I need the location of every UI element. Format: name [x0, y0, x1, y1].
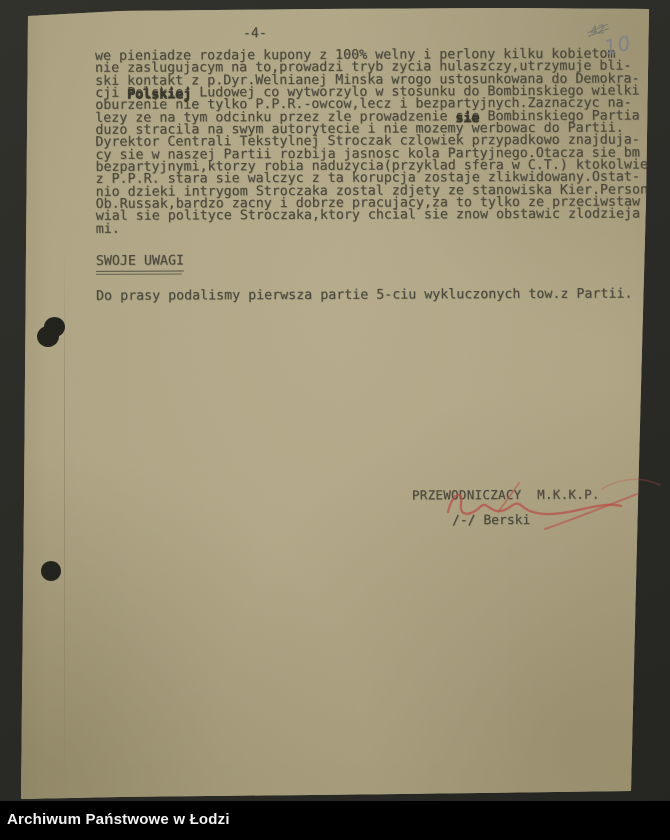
- archival-scan-page: { "scan": { "page_number_typed": "-4-", …: [0, 0, 670, 840]
- signature-typed-name: /-/ Berski: [452, 513, 530, 528]
- signature-title: PRZEWODNICZACY M.K.K.P.: [412, 487, 600, 503]
- overstruck-word: Polskiej: [127, 87, 191, 102]
- section-heading: SWOJE UWAGI: [96, 253, 184, 271]
- note-line: Do prasy podalismy pierwsza partie 5-ciu…: [96, 287, 632, 304]
- typed-line: wial sie polityce Stroczaka,ktory chcial…: [96, 209, 661, 224]
- archive-watermark: Archiwum Państwowe w Łodzi: [7, 811, 230, 828]
- watermark-bar: Archiwum Państwowe w Łodzi: [0, 801, 670, 840]
- typed-page-number: -4-: [243, 26, 267, 41]
- main-paragraph: we pieniadze rozdaje kupony z 100% welny…: [95, 48, 661, 236]
- typewritten-content: -4- we pieniadze rozdaje kupony z 100% w…: [0, 0, 670, 802]
- overstruck-word: sie: [455, 111, 479, 126]
